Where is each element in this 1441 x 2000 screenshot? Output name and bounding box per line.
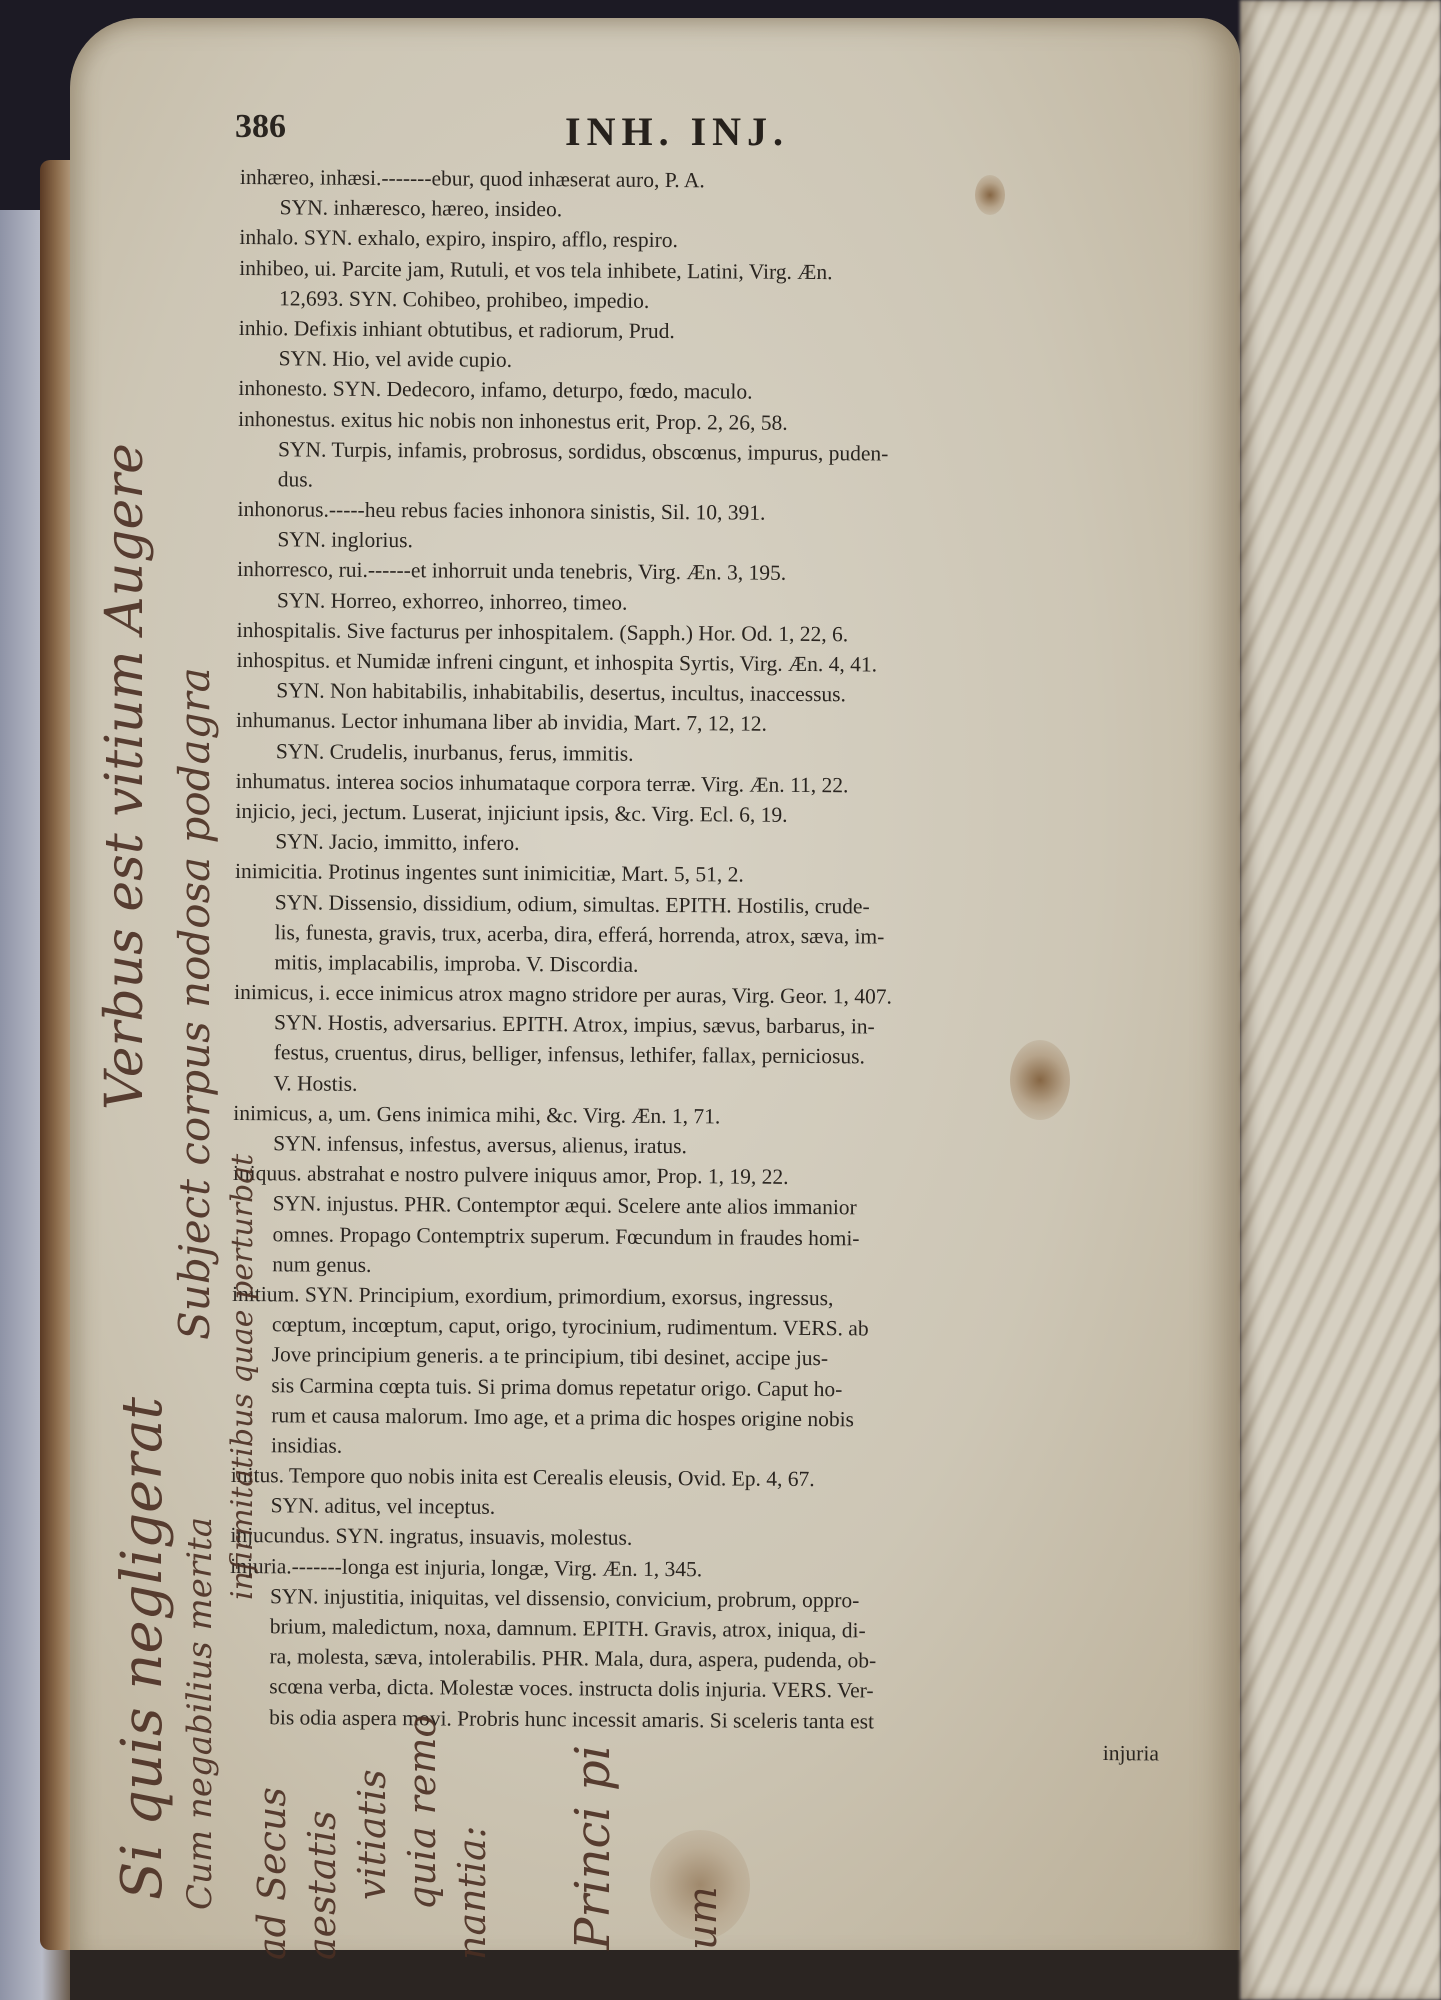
marginal-note-9: quia remo bbox=[400, 1715, 444, 1910]
marginal-note-3: infirmitatibus quae perturbat bbox=[225, 1154, 260, 1600]
marginal-note-1: Verbus est vitium Augere bbox=[95, 443, 155, 1110]
dictionary-text-block: inhæreo, inhæsi.-------ebur, quod inhæse… bbox=[229, 162, 1190, 1769]
marginal-note-2: Subject corpus nodosa podagra bbox=[170, 667, 219, 1340]
marginal-note-6: ad Secus bbox=[250, 1787, 294, 1960]
running-head: 386 INH. INJ. bbox=[235, 108, 1195, 168]
marginal-note-4: Si quis negligerat bbox=[110, 1397, 175, 1900]
marginal-note-8: vitiatis bbox=[350, 1769, 394, 1900]
page-header-title: INH. INJ. bbox=[565, 108, 789, 155]
page-number: 386 bbox=[235, 108, 286, 146]
marginal-note-12: um bbox=[680, 1886, 726, 1950]
page-bottom-shadow bbox=[70, 1950, 1240, 2000]
marginal-note-7: aestatis bbox=[300, 1811, 344, 1961]
facing-page-blurred bbox=[1240, 0, 1441, 2000]
marginal-note-11: Princi pi bbox=[565, 1745, 621, 1950]
marginal-note-10: nantia: bbox=[450, 1826, 494, 1960]
marginal-note-5: Cum negabilius merita bbox=[180, 1517, 220, 1910]
